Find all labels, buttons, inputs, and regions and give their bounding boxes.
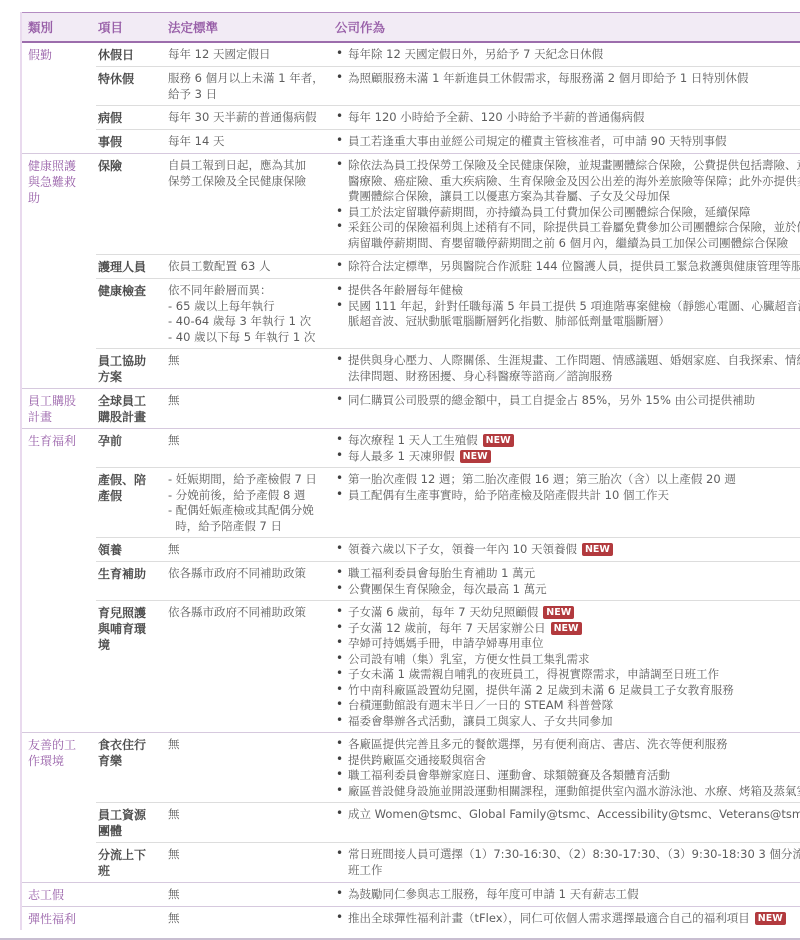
action-line: 員工於法定留職停薪期間，亦持續為員工付費加保公司團體綜合保險，延續保障 bbox=[348, 205, 800, 221]
action-line: 常日班間接人員可選擇（1）7:30-16:30、（2）8:30-17:30、（3… bbox=[348, 847, 800, 863]
action-bullet: •領養六歲以下子女，領養一年內 10 天領養假NEW bbox=[335, 542, 800, 558]
item-cell: 產假、陪產假 bbox=[96, 467, 166, 537]
benefit-row: 員工資源團體無•成立 Women@tsmc、Global Family@tsmc… bbox=[22, 802, 800, 842]
category-label: 志工假 bbox=[28, 887, 82, 903]
action-bullet: •廠區普設健身設施並開設運動相關課程，運動館提供室內溫水游泳池、水療、烤箱及蒸氣… bbox=[335, 784, 800, 800]
item-cell: 健康檢查 bbox=[96, 278, 166, 348]
actions-cell: •成立 Women@tsmc、Global Family@tsmc、Access… bbox=[333, 802, 800, 842]
bullet-icon: • bbox=[336, 487, 343, 501]
benefit-row: 病假每年 30 天半薪的普通傷病假•每年 120 小時給予全薪、120 小時給予… bbox=[22, 105, 800, 129]
action-line: 公司設有哺（集）乳室，方便女性員工集乳需求 bbox=[348, 652, 800, 668]
standard-cell: 每年 30 天半薪的普通傷病假 bbox=[166, 105, 333, 129]
benefits-table-page: { "colors": { "accent_purple":"#985fa8",… bbox=[0, 0, 800, 940]
action-line: 為照顧服務未滿 1 年新進員工休假需求，每服務滿 2 個月即給予 1 日特別休假 bbox=[348, 71, 800, 87]
action-bullet: •孕婦可持媽媽手冊，申請孕婦專用車位 bbox=[335, 636, 800, 652]
bullet-icon: • bbox=[336, 157, 343, 171]
action-bullet: •公司設有哺（集）乳室，方便女性員工集乳需求 bbox=[335, 652, 800, 668]
bullet-icon: • bbox=[336, 620, 343, 634]
bullet-icon: • bbox=[336, 109, 343, 123]
standard-line: 無 bbox=[168, 847, 319, 863]
standard-cell: 依員工數配置 63 人 bbox=[166, 254, 333, 278]
actions-cell: •同仁購買公司股票的總金額中，員工自提金占 85%，另外 15% 由公司提供補助 bbox=[333, 389, 800, 428]
benefit-row: 健康照護與急難救助保險自員工報到日起，應為其加保勞工保險及全民健康保險•除依法為… bbox=[22, 154, 800, 254]
action-bullet: •提供跨廠區交通接駁與宿舍 bbox=[335, 753, 800, 769]
category-cell: 友善的工作環境 bbox=[22, 733, 96, 802]
action-line: 竹中南科廠區設置幼兒園，提供年滿 2 足歲到未滿 6 足歲員工子女教育服務 bbox=[348, 683, 800, 699]
item-cell: 領養 bbox=[96, 537, 166, 561]
standard-line: 服務 6 個月以上未滿 1 年者， bbox=[168, 71, 319, 87]
standard-cell: 自員工報到日起，應為其加保勞工保險及全民健康保險 bbox=[166, 154, 333, 254]
category-label: 彈性福利 bbox=[28, 911, 82, 927]
benefit-row: 特休假服務 6 個月以上未滿 1 年者，給予 3 日•為照顧服務未滿 1 年新進… bbox=[22, 66, 800, 105]
category-cell bbox=[22, 842, 96, 882]
actions-cell: •子女滿 6 歲前，每年 7 天幼兒照顧假NEW•子女滿 12 歲前，每年 7 … bbox=[333, 600, 800, 732]
actions-cell: •每年除 12 天國定假日外，另給予 7 天紀念日休假 bbox=[333, 43, 800, 66]
standard-line: 無 bbox=[168, 542, 319, 558]
new-badge: NEW bbox=[483, 434, 514, 447]
standard-cell: 無 bbox=[166, 348, 333, 388]
action-line: 員工若逢重大事由並經公司規定的權責主管核准者，可申請 90 天特別事假 bbox=[348, 134, 800, 150]
standard-line: 無 bbox=[168, 737, 319, 753]
standard-line: 每年 14 天 bbox=[168, 134, 319, 150]
bullet-icon: • bbox=[336, 886, 343, 900]
action-bullet: •台積運動館設有週末半日／一日的 STEAM 科普營隊 bbox=[335, 698, 800, 714]
category-label: 假勤 bbox=[28, 47, 82, 63]
bullet-icon: • bbox=[336, 604, 343, 618]
action-line: 除依法為員工投保勞工保險及全民健康保險，並規畫團體綜合保險，公費提供包括壽險、意… bbox=[348, 158, 800, 174]
action-bullet: •提供與身心壓力、人際關係、生涯規畫、工作問題、情感議題、婚姻家庭、自我探索、情… bbox=[335, 353, 800, 384]
action-bullet: •每次療程 1 天人工生殖假NEW bbox=[335, 433, 800, 449]
benefit-row: 生育補助依各縣市政府不同補助政策•職工福利委員會每胎生育補助 1 萬元•公費團保… bbox=[22, 561, 800, 600]
bullet-icon: • bbox=[336, 133, 343, 147]
standard-line: 依各縣市政府不同補助政策 bbox=[168, 566, 319, 582]
new-badge: NEW bbox=[582, 543, 613, 556]
item-cell: 全球員工購股計畫 bbox=[96, 389, 166, 428]
category-label: 友善的工作環境 bbox=[28, 737, 82, 769]
bullet-icon: • bbox=[336, 666, 343, 680]
action-bullet: •提供各年齡層每年健檢 bbox=[335, 283, 800, 299]
action-bullet: •職工福利委員會每胎生育補助 1 萬元 bbox=[335, 566, 800, 582]
bullet-icon: • bbox=[336, 910, 343, 924]
standard-line: 無 bbox=[168, 433, 319, 449]
action-line: 成立 Women@tsmc、Global Family@tsmc、Accessi… bbox=[348, 807, 800, 823]
standard-line: 保勞工保險及全民健康保險 bbox=[168, 174, 319, 190]
action-bullet: •竹中南科廠區設置幼兒園，提供年滿 2 足歲到未滿 6 足歲員工子女教育服務 bbox=[335, 683, 800, 699]
action-line: 每次療程 1 天人工生殖假NEW bbox=[348, 433, 800, 449]
bullet-icon: • bbox=[336, 736, 343, 750]
action-bullet: •民國 111 年起，針對任職每滿 5 年員工提供 5 項進階專案健檢（靜態心電… bbox=[335, 299, 800, 330]
benefit-row: 彈性福利無•推出全球彈性福利計畫（tFlex），同仁可依個人需求選擇最適合自己的… bbox=[22, 907, 800, 930]
action-bullet: •子女滿 6 歲前，每年 7 天幼兒照顧假NEW bbox=[335, 605, 800, 621]
actions-cell: •為鼓勵同仁參與志工服務，每年度可申請 1 天有薪志工假 bbox=[333, 883, 800, 906]
action-bullet: •員工配偶有生產事實時，給予陪產檢及陪產假共計 10 個工作天 bbox=[335, 488, 800, 504]
bullet-icon: • bbox=[336, 258, 343, 272]
item-cell: 護理人員 bbox=[96, 254, 166, 278]
actions-cell: •職工福利委員會每胎生育補助 1 萬元•公費團保生育保險金，每次最高 1 萬元 bbox=[333, 561, 800, 600]
item-cell: 分流上下班 bbox=[96, 842, 166, 882]
action-line: 提供跨廠區交通接駁與宿舍 bbox=[348, 753, 800, 769]
action-bullet: •采鈺公司的保險福利與上述稍有不同，除提供員工眷屬免費參加公司團體綜合保險，並於… bbox=[335, 220, 800, 251]
category-cell: 志工假 bbox=[22, 883, 96, 906]
item-cell: 事假 bbox=[96, 129, 166, 153]
bullet-icon: • bbox=[336, 846, 343, 860]
action-bullet: •同仁購買公司股票的總金額中，員工自提金占 85%，另外 15% 由公司提供補助 bbox=[335, 393, 800, 409]
action-line: 提供與身心壓力、人際關係、生涯規畫、工作問題、情感議題、婚姻家庭、自我探索、情緒… bbox=[348, 353, 800, 369]
column-header-standard: 法定標準 bbox=[166, 18, 333, 36]
table-header-row: 類別 項目 法定標準 公司作為 bbox=[22, 12, 800, 43]
action-line: 領養六歲以下子女，領養一年內 10 天領養假NEW bbox=[348, 542, 800, 558]
column-header-item: 項目 bbox=[96, 18, 166, 36]
action-bullet: •公費團保生育保險金，每次最高 1 萬元 bbox=[335, 582, 800, 598]
action-line: 子女未滿 1 歲需親自哺乳的夜班員工，得視實際需求，申請調至日班工作 bbox=[348, 667, 800, 683]
new-badge: NEW bbox=[543, 606, 574, 619]
action-bullet: •推出全球彈性福利計畫（tFlex），同仁可依個人需求選擇最適合自己的福利項目N… bbox=[335, 911, 800, 927]
standard-cell: 依各縣市政府不同補助政策 bbox=[166, 561, 333, 600]
bullet-icon: • bbox=[336, 204, 343, 218]
actions-cell: •為照顧服務未滿 1 年新進員工休假需求，每服務滿 2 個月即給予 1 日特別休… bbox=[333, 66, 800, 105]
column-header-category: 類別 bbox=[22, 18, 96, 36]
action-line: 法律問題、財務困擾、身心科醫療等諮商／諮詢服務 bbox=[348, 369, 800, 385]
bullet-icon: • bbox=[336, 682, 343, 696]
action-line: 孕婦可持媽媽手冊，申請孕婦專用車位 bbox=[348, 636, 800, 652]
category-cell bbox=[22, 348, 96, 388]
standard-line: - 妊娠期間，給予產檢假 7 日 bbox=[168, 472, 319, 488]
bullet-icon: • bbox=[336, 219, 343, 233]
bullet-icon: • bbox=[336, 432, 343, 446]
benefit-row: 分流上下班無•常日班間接人員可選擇（1）7:30-16:30、（2）8:30-1… bbox=[22, 842, 800, 882]
bullet-icon: • bbox=[336, 806, 343, 820]
action-bullet: •員工若逢重大事由並經公司規定的權責主管核准者，可申請 90 天特別事假 bbox=[335, 134, 800, 150]
standard-line: 每年 12 天國定假日 bbox=[168, 47, 319, 63]
actions-cell: •第一胎次產假 12 週；第二胎次產假 16 週；第三胎次（含）以上產假 20 … bbox=[333, 467, 800, 537]
item-cell: 員工協助方案 bbox=[96, 348, 166, 388]
standard-cell: 無 bbox=[166, 537, 333, 561]
standard-line: 無 bbox=[168, 353, 319, 369]
actions-cell: •員工若逢重大事由並經公司規定的權責主管核准者，可申請 90 天特別事假 bbox=[333, 129, 800, 153]
benefit-section-3: 生育福利孕前無•每次療程 1 天人工生殖假NEW•每人最多 1 天凍卵假NEW產… bbox=[22, 428, 800, 732]
standard-cell: 無 bbox=[166, 389, 333, 428]
category-cell: 健康照護與急難救助 bbox=[22, 154, 96, 254]
action-bullet: •每年 120 小時給予全薪、120 小時給予半薪的普通傷病假 bbox=[335, 110, 800, 126]
action-bullet: •各廠區提供完善且多元的餐飲選擇，另有便利商店、書店、洗衣等便利服務 bbox=[335, 737, 800, 753]
standard-cell: 依不同年齡層而異：- 65 歲以上每年執行- 40-64 歲每 3 年執行 1 … bbox=[166, 278, 333, 348]
action-line: 脈超音波、冠狀動脈電腦斷層鈣化指數、肺部低劑量電腦斷層） bbox=[348, 314, 800, 330]
standard-line: - 40 歲以下每 5 年執行 1 次 bbox=[168, 330, 319, 346]
standard-line: 無 bbox=[168, 393, 319, 409]
benefit-section-0: 假勤休假日每年 12 天國定假日•每年除 12 天國定假日外，另給予 7 天紀念… bbox=[22, 43, 800, 153]
action-line: 除符合法定標準，另與醫院合作派駐 144 位醫護人員，提供員工緊急救護與健康管理… bbox=[348, 259, 800, 275]
action-bullet: •為鼓勵同仁參與志工服務，每年度可申請 1 天有薪志工假 bbox=[335, 887, 800, 903]
benefit-section-4: 友善的工作環境食衣住行育樂無•各廠區提供完善且多元的餐飲選擇，另有便利商店、書店… bbox=[22, 732, 800, 882]
category-cell bbox=[22, 537, 96, 561]
new-badge: NEW bbox=[460, 450, 491, 463]
benefit-row: 生育福利孕前無•每次療程 1 天人工生殖假NEW•每人最多 1 天凍卵假NEW bbox=[22, 429, 800, 467]
bullet-icon: • bbox=[336, 352, 343, 366]
action-bullet: •福委會舉辦各式活動，讓員工與家人、子女共同參加 bbox=[335, 714, 800, 730]
standard-line: 每年 30 天半薪的普通傷病假 bbox=[168, 110, 319, 126]
bullet-icon: • bbox=[336, 70, 343, 84]
standard-line: 自員工報到日起，應為其加 bbox=[168, 158, 319, 174]
bullet-icon: • bbox=[336, 46, 343, 60]
action-bullet: •子女滿 12 歲前，每年 7 天居家辦公日NEW bbox=[335, 621, 800, 637]
action-line: 台積運動館設有週末半日／一日的 STEAM 科普營隊 bbox=[348, 698, 800, 714]
item-cell: 休假日 bbox=[96, 43, 166, 66]
actions-cell: •常日班間接人員可選擇（1）7:30-16:30、（2）8:30-17:30、（… bbox=[333, 842, 800, 882]
actions-cell: •提供各年齡層每年健檢•民國 111 年起，針對任職每滿 5 年員工提供 5 項… bbox=[333, 278, 800, 348]
standard-cell: 無 bbox=[166, 883, 333, 906]
actions-cell: •領養六歲以下子女，領養一年內 10 天領養假NEW bbox=[333, 537, 800, 561]
item-cell bbox=[96, 907, 166, 930]
bullet-icon: • bbox=[336, 282, 343, 296]
standard-line: 依員工數配置 63 人 bbox=[168, 259, 319, 275]
action-line: 病留職停薪期間、育嬰留職停薪期間之前 6 個月內，繼續為員工加保公司團體綜合保險 bbox=[348, 236, 800, 252]
benefits-table-body: 假勤休假日每年 12 天國定假日•每年除 12 天國定假日外，另給予 7 天紀念… bbox=[22, 43, 800, 930]
action-line: 采鈺公司的保險福利與上述稍有不同，除提供員工眷屬免費參加公司團體綜合保險，並於傷 bbox=[348, 220, 800, 236]
bullet-icon: • bbox=[336, 581, 343, 595]
action-bullet: •每人最多 1 天凍卵假NEW bbox=[335, 449, 800, 465]
category-cell bbox=[22, 802, 96, 842]
action-line: 每年除 12 天國定假日外，另給予 7 天紀念日休假 bbox=[348, 47, 800, 63]
standard-line: 無 bbox=[168, 887, 319, 903]
bullet-icon: • bbox=[336, 752, 343, 766]
action-line: 職工福利委員會每胎生育補助 1 萬元 bbox=[348, 566, 800, 582]
action-line: 醫療險、癌症險、重大疾病險、生育保險金及因公出差的海外差旅險等保障；此外亦提供多… bbox=[348, 174, 800, 190]
action-line: 子女滿 6 歲前，每年 7 天幼兒照顧假NEW bbox=[348, 605, 800, 621]
standard-cell: 每年 12 天國定假日 bbox=[166, 43, 333, 66]
benefit-row: 員工協助方案無•提供與身心壓力、人際關係、生涯規畫、工作問題、情感議題、婚姻家庭… bbox=[22, 348, 800, 388]
actions-cell: •各廠區提供完善且多元的餐飲選擇，另有便利商店、書店、洗衣等便利服務•提供跨廠區… bbox=[333, 733, 800, 802]
action-line: 提供各年齡層每年健檢 bbox=[348, 283, 800, 299]
standard-cell: 無 bbox=[166, 733, 333, 802]
category-cell bbox=[22, 467, 96, 537]
standard-line: 依不同年齡層而異： bbox=[168, 283, 319, 299]
item-cell: 生育補助 bbox=[96, 561, 166, 600]
category-cell: 員工購股計畫 bbox=[22, 389, 96, 428]
item-cell: 特休假 bbox=[96, 66, 166, 105]
actions-cell: •除符合法定標準，另與醫院合作派駐 144 位醫護人員，提供員工緊急救護與健康管… bbox=[333, 254, 800, 278]
action-line: 每人最多 1 天凍卵假NEW bbox=[348, 449, 800, 465]
bullet-icon: • bbox=[336, 471, 343, 485]
action-bullet: •第一胎次產假 12 週；第二胎次產假 16 週；第三胎次（含）以上產假 20 … bbox=[335, 472, 800, 488]
standard-line: - 40-64 歲每 3 年執行 1 次 bbox=[168, 314, 319, 330]
action-line: 公費團保生育保險金，每次最高 1 萬元 bbox=[348, 582, 800, 598]
standard-cell: 服務 6 個月以上未滿 1 年者，給予 3 日 bbox=[166, 66, 333, 105]
action-line: 推出全球彈性福利計畫（tFlex），同仁可依個人需求選擇最適合自己的福利項目NE… bbox=[348, 911, 800, 927]
action-bullet: •子女未滿 1 歲需親自哺乳的夜班員工，得視實際需求，申請調至日班工作 bbox=[335, 667, 800, 683]
category-cell bbox=[22, 254, 96, 278]
action-line: 每年 120 小時給予全薪、120 小時給予半薪的普通傷病假 bbox=[348, 110, 800, 126]
standard-line: - 配偶妊娠產檢或其配偶分娩 bbox=[168, 503, 319, 519]
benefit-row: 員工購股計畫全球員工購股計畫無•同仁購買公司股票的總金額中，員工自提金占 85%… bbox=[22, 389, 800, 428]
benefits-table: 類別 項目 法定標準 公司作為 假勤休假日每年 12 天國定假日•每年除 12 … bbox=[22, 12, 800, 930]
category-label: 員工購股計畫 bbox=[28, 393, 82, 425]
action-line: 民國 111 年起，針對任職每滿 5 年員工提供 5 項進階專案健檢（靜態心電圖… bbox=[348, 299, 800, 315]
benefit-row: 友善的工作環境食衣住行育樂無•各廠區提供完善且多元的餐飲選擇，另有便利商店、書店… bbox=[22, 733, 800, 802]
item-cell: 育兒照護與哺育環境 bbox=[96, 600, 166, 732]
action-line: 班工作 bbox=[348, 863, 800, 879]
bullet-icon: • bbox=[336, 565, 343, 579]
standard-line: 無 bbox=[168, 807, 319, 823]
action-line: 第一胎次產假 12 週；第二胎次產假 16 週；第三胎次（含）以上產假 20 週 bbox=[348, 472, 800, 488]
bullet-icon: • bbox=[336, 651, 343, 665]
actions-cell: •提供與身心壓力、人際關係、生涯規畫、工作問題、情感議題、婚姻家庭、自我探索、情… bbox=[333, 348, 800, 388]
action-line: 子女滿 12 歲前，每年 7 天居家辦公日NEW bbox=[348, 621, 800, 637]
benefit-section-5: 志工假無•為鼓勵同仁參與志工服務，每年度可申請 1 天有薪志工假 bbox=[22, 882, 800, 906]
category-cell bbox=[22, 129, 96, 153]
action-bullet: •成立 Women@tsmc、Global Family@tsmc、Access… bbox=[335, 807, 800, 823]
benefit-row: 事假每年 14 天•員工若逢重大事由並經公司規定的權責主管核准者，可申請 90 … bbox=[22, 129, 800, 153]
standard-cell: 每年 14 天 bbox=[166, 129, 333, 153]
benefit-section-6: 彈性福利無•推出全球彈性福利計畫（tFlex），同仁可依個人需求選擇最適合自己的… bbox=[22, 906, 800, 930]
category-cell bbox=[22, 105, 96, 129]
action-bullet: •為照顧服務未滿 1 年新進員工休假需求，每服務滿 2 個月即給予 1 日特別休… bbox=[335, 71, 800, 87]
action-line: 費團體綜合保險，讓員工以優惠方案為其眷屬、子女及父母加保 bbox=[348, 189, 800, 205]
actions-cell: •推出全球彈性福利計畫（tFlex），同仁可依個人需求選擇最適合自己的福利項目N… bbox=[333, 907, 800, 930]
item-cell: 孕前 bbox=[96, 429, 166, 467]
benefit-section-1: 健康照護與急難救助保險自員工報到日起，應為其加保勞工保險及全民健康保險•除依法為… bbox=[22, 153, 800, 388]
action-bullet: •每年除 12 天國定假日外，另給予 7 天紀念日休假 bbox=[335, 47, 800, 63]
benefit-row: 健康檢查依不同年齡層而異：- 65 歲以上每年執行- 40-64 歲每 3 年執… bbox=[22, 278, 800, 348]
action-line: 員工配偶有生產事實時，給予陪產檢及陪產假共計 10 個工作天 bbox=[348, 488, 800, 504]
category-cell bbox=[22, 600, 96, 732]
action-line: 為鼓勵同仁參與志工服務，每年度可申請 1 天有薪志工假 bbox=[348, 887, 800, 903]
category-label: 生育福利 bbox=[28, 433, 82, 449]
standard-line: 給予 3 日 bbox=[168, 87, 319, 103]
category-cell bbox=[22, 561, 96, 600]
new-badge: NEW bbox=[755, 912, 786, 925]
action-bullet: •除依法為員工投保勞工保險及全民健康保險，並規畫團體綜合保險，公費提供包括壽險、… bbox=[335, 158, 800, 205]
action-line: 職工福利委員會舉辦家庭日、運動會、球類競賽及各類體育活動 bbox=[348, 768, 800, 784]
action-bullet: •常日班間接人員可選擇（1）7:30-16:30、（2）8:30-17:30、（… bbox=[335, 847, 800, 878]
bullet-icon: • bbox=[336, 541, 343, 555]
category-cell bbox=[22, 66, 96, 105]
standard-line: 無 bbox=[168, 911, 319, 927]
action-line: 福委會舉辦各式活動，讓員工與家人、子女共同參加 bbox=[348, 714, 800, 730]
category-cell bbox=[22, 278, 96, 348]
benefit-row: 領養無•領養六歲以下子女，領養一年內 10 天領養假NEW bbox=[22, 537, 800, 561]
item-cell: 保險 bbox=[96, 154, 166, 254]
bullet-icon: • bbox=[336, 767, 343, 781]
standard-line: - 分娩前後，給予產假 8 週 bbox=[168, 488, 319, 504]
standard-line: 時，給予陪產假 7 日 bbox=[168, 519, 319, 535]
category-cell: 假勤 bbox=[22, 43, 96, 66]
actions-cell: •每年 120 小時給予全薪、120 小時給予半薪的普通傷病假 bbox=[333, 105, 800, 129]
item-cell bbox=[96, 883, 166, 906]
category-cell: 彈性福利 bbox=[22, 907, 96, 930]
item-cell: 食衣住行育樂 bbox=[96, 733, 166, 802]
benefit-row: 護理人員依員工數配置 63 人•除符合法定標準，另與醫院合作派駐 144 位醫護… bbox=[22, 254, 800, 278]
standard-cell: 無 bbox=[166, 802, 333, 842]
standard-cell: 無 bbox=[166, 907, 333, 930]
benefit-row: 育兒照護與哺育環境依各縣市政府不同補助政策•子女滿 6 歲前，每年 7 天幼兒照… bbox=[22, 600, 800, 732]
category-label: 健康照護與急難救助 bbox=[28, 158, 82, 206]
standard-cell: - 妊娠期間，給予產檢假 7 日- 分娩前後，給予產假 8 週- 配偶妊娠產檢或… bbox=[166, 467, 333, 537]
standard-cell: 無 bbox=[166, 842, 333, 882]
bullet-icon: • bbox=[336, 298, 343, 312]
benefit-row: 假勤休假日每年 12 天國定假日•每年除 12 天國定假日外，另給予 7 天紀念… bbox=[22, 43, 800, 66]
standard-line: - 65 歲以上每年執行 bbox=[168, 299, 319, 315]
standard-cell: 無 bbox=[166, 429, 333, 467]
action-line: 同仁購買公司股票的總金額中，員工自提金占 85%，另外 15% 由公司提供補助 bbox=[348, 393, 800, 409]
bullet-icon: • bbox=[336, 392, 343, 406]
benefit-row: 志工假無•為鼓勵同仁參與志工服務，每年度可申請 1 天有薪志工假 bbox=[22, 883, 800, 906]
benefit-row: 產假、陪產假- 妊娠期間，給予產檢假 7 日- 分娩前後，給予產假 8 週- 配… bbox=[22, 467, 800, 537]
action-line: 各廠區提供完善且多元的餐飲選擇，另有便利商店、書店、洗衣等便利服務 bbox=[348, 737, 800, 753]
bullet-icon: • bbox=[336, 697, 343, 711]
item-cell: 病假 bbox=[96, 105, 166, 129]
bullet-icon: • bbox=[336, 448, 343, 462]
bullet-icon: • bbox=[336, 713, 343, 727]
benefit-section-2: 員工購股計畫全球員工購股計畫無•同仁購買公司股票的總金額中，員工自提金占 85%… bbox=[22, 388, 800, 428]
item-cell: 員工資源團體 bbox=[96, 802, 166, 842]
action-bullet: •員工於法定留職停薪期間，亦持續為員工付費加保公司團體綜合保險，延續保障 bbox=[335, 205, 800, 221]
standard-line: 依各縣市政府不同補助政策 bbox=[168, 605, 319, 621]
action-line: 廠區普設健身設施並開設運動相關課程，運動館提供室內溫水游泳池、水療、烤箱及蒸氣室 bbox=[348, 784, 800, 800]
bullet-icon: • bbox=[336, 635, 343, 649]
column-header-actions: 公司作為 bbox=[333, 18, 800, 36]
bullet-icon: • bbox=[336, 783, 343, 797]
new-badge: NEW bbox=[551, 622, 582, 635]
standard-cell: 依各縣市政府不同補助政策 bbox=[166, 600, 333, 732]
action-bullet: •除符合法定標準，另與醫院合作派駐 144 位醫護人員，提供員工緊急救護與健康管… bbox=[335, 259, 800, 275]
actions-cell: •每次療程 1 天人工生殖假NEW•每人最多 1 天凍卵假NEW bbox=[333, 429, 800, 467]
category-cell: 生育福利 bbox=[22, 429, 96, 467]
action-bullet: •職工福利委員會舉辦家庭日、運動會、球類競賽及各類體育活動 bbox=[335, 768, 800, 784]
actions-cell: •除依法為員工投保勞工保險及全民健康保險，並規畫團體綜合保險，公費提供包括壽險、… bbox=[333, 154, 800, 254]
